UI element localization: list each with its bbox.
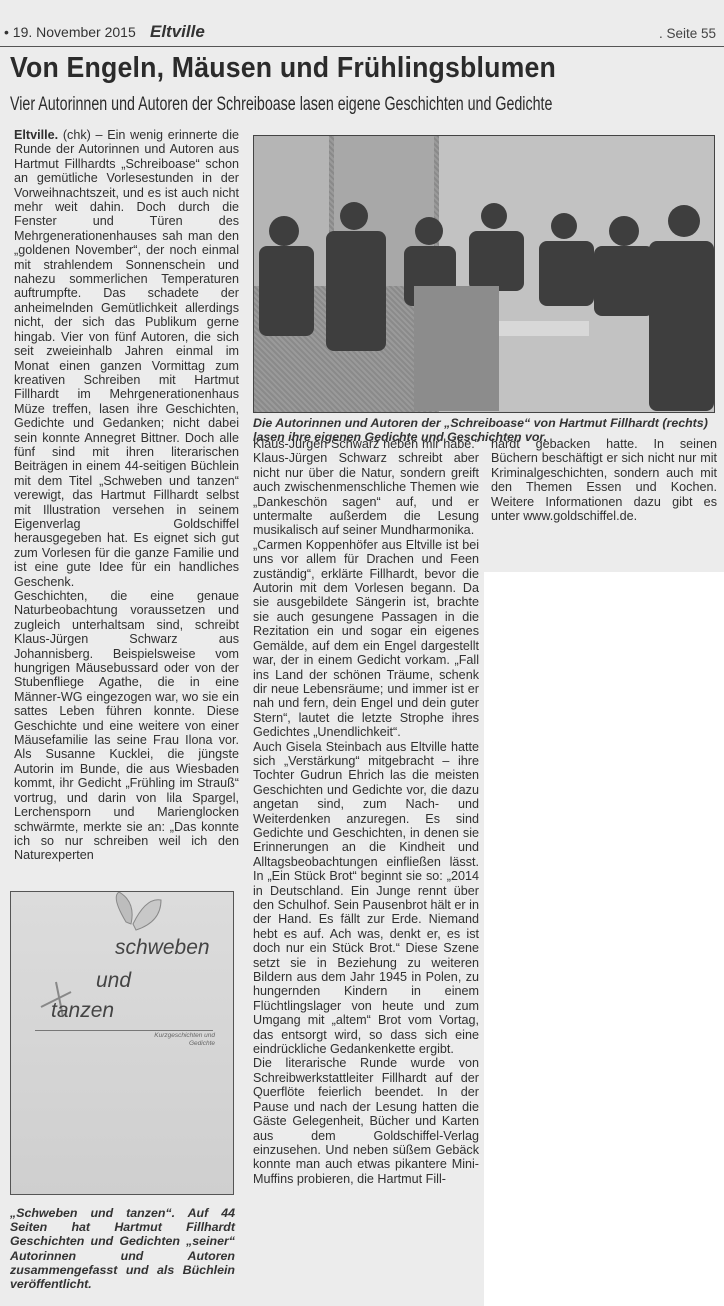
section-title: Eltville — [150, 22, 205, 42]
lead-text: (chk) – Ein wenig erinnerte die Runde de… — [14, 128, 239, 589]
article-subheadline: Vier Autorinnen und Autoren der Schreibo… — [10, 94, 552, 116]
paragraph: Klaus-Jürgen Schwarz neben mir habe.“ Kl… — [253, 437, 479, 538]
paragraph: „Carmen Koppenhöfer aus Eltville ist bei… — [253, 538, 479, 740]
article-column-1: Eltville. (chk) – Ein wenig erinnerte di… — [14, 128, 239, 863]
divider — [35, 1030, 213, 1031]
page-number: . Seite 55 — [659, 26, 716, 41]
paragraph: hardt gebacken hatte. In seinen Büchern … — [491, 437, 717, 523]
article-column-3: hardt gebacken hatte. In seinen Büchern … — [491, 437, 717, 523]
page-header: • 19. November 2015 Eltville . Seite 55 — [0, 22, 724, 47]
people-reading-image — [254, 136, 714, 412]
issue-date: • 19. November 2015 — [4, 24, 136, 40]
article-column-2: Klaus-Jürgen Schwarz neben mir habe.“ Kl… — [253, 437, 479, 1186]
book-title-line-3: tanzen — [51, 999, 114, 1023]
book-subtitle: Kurzgeschichten und Gedichte — [145, 1032, 215, 1048]
article-headline: Von Engeln, Mäusen und Frühlingsblumen — [10, 52, 556, 85]
dateline: Eltville. — [14, 128, 58, 142]
paragraph: Die literarische Runde wurde von Schreib… — [253, 1056, 479, 1186]
lead-paragraph: Eltville. (chk) – Ein wenig erinnerte di… — [14, 128, 239, 589]
book-title-line-2: und — [96, 969, 131, 993]
book-cover-image: schweben und tanzen Kurzgeschichten und … — [10, 891, 234, 1195]
empty-area — [484, 572, 724, 1306]
book-title-line-1: schweben — [115, 936, 210, 960]
newspaper-page: • 19. November 2015 Eltville . Seite 55 … — [0, 0, 724, 1306]
paragraph: Geschichten, die eine genaue Naturbeobac… — [14, 589, 239, 863]
book-caption: „Schweben und tanzen“. Auf 44 Seiten hat… — [10, 1206, 235, 1291]
group-photo — [253, 135, 715, 413]
paragraph: Auch Gisela Steinbach aus Eltville hatte… — [253, 740, 479, 1057]
